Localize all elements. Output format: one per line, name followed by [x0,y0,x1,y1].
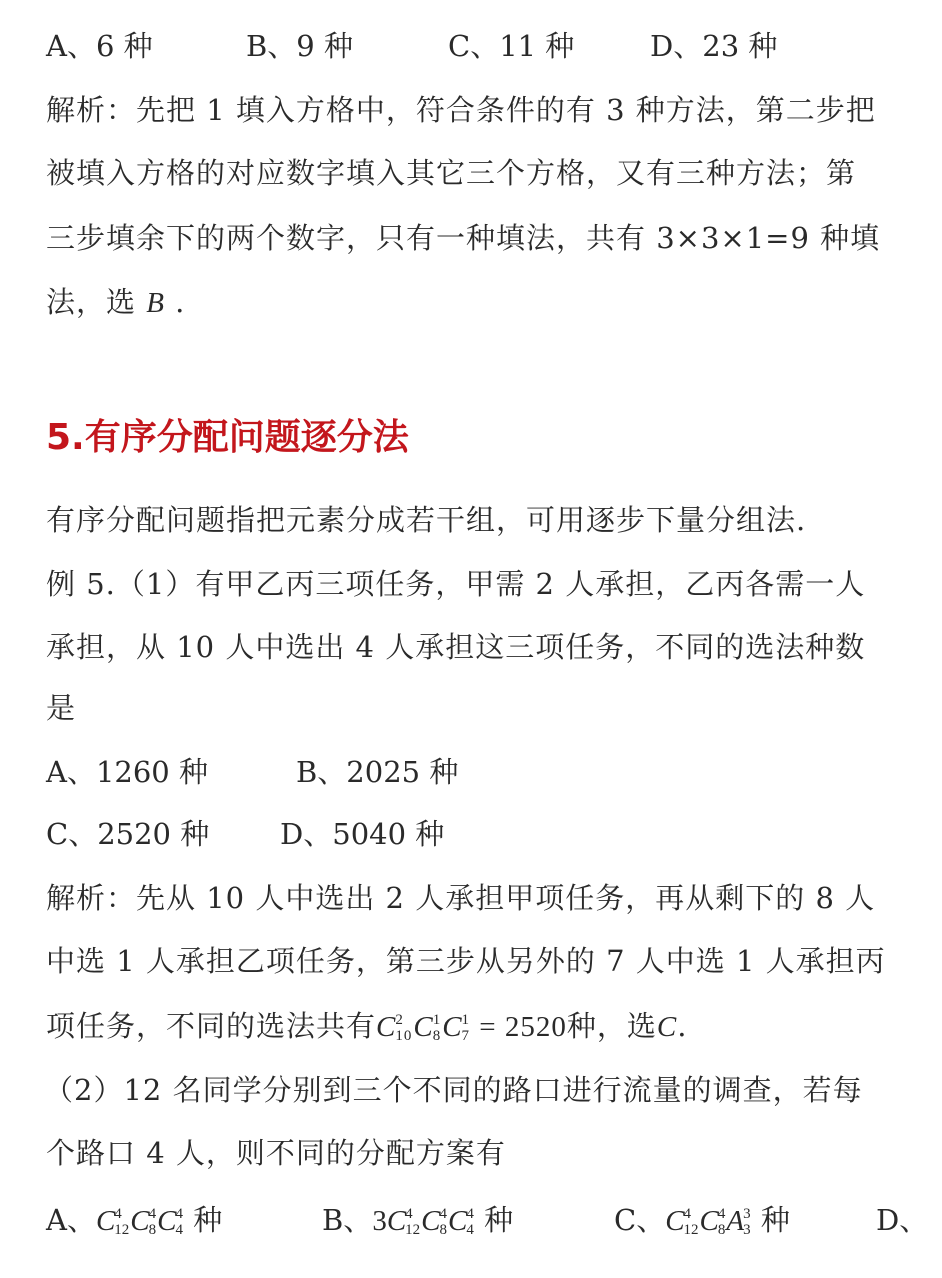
period: . [175,285,185,319]
option-c: C、11 种 [448,26,574,66]
formula-indices: 17 [462,1013,471,1045]
formula-base: C [700,1205,719,1237]
analysis-text: 项任务，不同的选法共有 [46,1009,376,1043]
formula-indices: 48 [149,1207,157,1239]
formula-sup: 4 [466,1207,474,1223]
analysis-text: 种，选 [567,1009,657,1043]
formula-sup: 4 [175,1207,183,1223]
formula-base: C [448,1205,467,1237]
option-c: C、2520 种 [46,814,209,854]
period: . [677,1009,687,1043]
analysis-line: 中选 1 人承担乙项任务，第三步从另外的 7 人中选 1 人承担丙 [46,941,886,981]
question-line: 例 5.（1）有甲乙丙三项任务，甲需 2 人承担，乙丙各需一人 [46,564,865,604]
document-page: A、6 种 B、9 种 C、11 种 D、23 种 解析：先把 1 填入方格中，… [0,0,942,1278]
option-coefficient: 3 [372,1205,387,1237]
option-letter: B、 [322,1203,372,1237]
formula-base: C [387,1205,406,1237]
formula-base: C [421,1205,440,1237]
formula-sup: 4 [684,1207,699,1223]
formula-indices: 18 [433,1013,442,1045]
formula-indices: 412 [684,1207,699,1239]
formula-sup: 1 [433,1013,442,1029]
formula-sub: 8 [149,1223,157,1239]
section-heading: 5.有序分配问题逐分法 [46,414,409,462]
formula-sub: 8 [433,1029,442,1045]
analysis-line: 三步填余下的两个数字，只有一种填法，共有 3×3×1=9 种填 [46,218,880,258]
formula-sup: 4 [405,1207,420,1223]
option-letter: A、 [46,1203,96,1237]
answer-letter: B [146,287,165,319]
option-formula: C412C48C44 [387,1205,475,1237]
option-d: D、 [876,1200,928,1240]
question-line: 是 [46,688,76,728]
answer-letter: C [657,1011,677,1043]
formula-sup: 2 [395,1013,412,1029]
option-a: A、C412C48C44 种 [46,1200,222,1241]
option-formula: C412C48A33 [665,1205,751,1237]
formula-sub: 4 [175,1223,183,1239]
analysis-text: 法，选 [46,285,136,319]
formula-sup: 1 [462,1013,471,1029]
option-d: D、5040 种 [280,814,444,854]
formula-base: C [376,1011,396,1043]
question-line: 承担，从 10 人中选出 4 人承担这三项任务，不同的选法种数 [46,627,865,667]
formula-sub: 8 [440,1223,448,1239]
formula-sub: 4 [466,1223,474,1239]
formula-indices: 412 [114,1207,129,1239]
option-d: D、23 种 [650,26,777,66]
formula-base: C [96,1205,115,1237]
formula-sup: 4 [114,1207,129,1223]
formula-sub: 12 [405,1223,420,1239]
question-line: 个路口 4 人，则不同的分配方案有 [46,1133,506,1173]
formula-indices: 33 [743,1207,751,1239]
formula-base: C [130,1205,149,1237]
formula-indices: 48 [718,1207,726,1239]
analysis-line-formula: 项任务，不同的选法共有C210C18C17 = 2520种，选C. [46,1006,687,1047]
formula-base: A [726,1205,744,1237]
analysis-line: 解析：先从 10 人中选出 2 人承担甲项任务，再从剩下的 8 人 [46,878,875,918]
option-formula: C412C48C44 [96,1205,184,1237]
formula-result: = 2520 [471,1011,567,1043]
formula-base: C [413,1011,433,1043]
formula-sup: 4 [440,1207,448,1223]
formula-indices: 412 [405,1207,420,1239]
formula-indices: 48 [440,1207,448,1239]
formula-indices: 44 [466,1207,474,1239]
question-line: （2）12 名同学分别到三个不同的路口进行流量的调查，若每 [44,1070,863,1110]
formula-sub: 12 [114,1223,129,1239]
formula-sub: 8 [718,1223,726,1239]
formula-sub: 10 [395,1029,412,1045]
option-c: C、C412C48A33 种 [614,1200,790,1241]
formula-sup: 4 [149,1207,157,1223]
formula-sub: 12 [684,1223,699,1239]
formula-base: C [442,1011,462,1043]
formula-indices: 44 [175,1207,183,1239]
analysis-line-last: 法，选 B . [46,282,185,323]
combination-formula: C210C18C17 [376,1011,471,1043]
formula-base: C [157,1205,176,1237]
analysis-line: 解析：先把 1 填入方格中，符合条件的有 3 种方法，第二步把 [46,90,876,130]
formula-base: C [665,1205,684,1237]
option-unit: 种 [193,1203,222,1237]
option-b: B、2025 种 [296,752,458,792]
option-a: A、1260 种 [46,752,208,792]
formula-sup: 4 [718,1207,726,1223]
option-letter: C、 [614,1203,665,1237]
formula-sup: 3 [743,1207,751,1223]
section-intro: 有序分配问题指把元素分成若干组，可用逐步下量分组法. [46,500,806,540]
option-b: B、3C412C48C44 种 [322,1200,513,1241]
formula-indices: 210 [395,1013,412,1045]
option-b: B、9 种 [246,26,353,66]
formula-sub: 3 [743,1223,751,1239]
option-letter: D、 [876,1203,928,1237]
analysis-line: 被填入方格的对应数字填入其它三个方格，又有三种方法；第 [46,153,856,193]
formula-sub: 7 [462,1029,471,1045]
option-unit: 种 [484,1203,513,1237]
option-a: A、6 种 [46,26,153,66]
option-unit: 种 [761,1203,790,1237]
